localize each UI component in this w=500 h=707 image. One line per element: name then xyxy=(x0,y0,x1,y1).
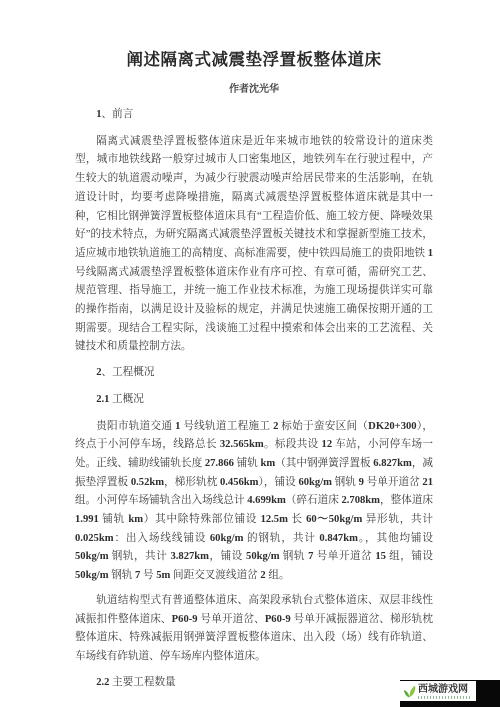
watermark-site-name: 西城游戏网 xyxy=(418,684,470,695)
section-heading: 1、前言 xyxy=(75,106,433,125)
document-title: 阐述隔离式减震垫浮置板整体道床 xyxy=(75,49,433,71)
watermark-text-column: 西城游戏网 xyxy=(418,684,470,699)
section-heading: 2.2 主要工程数量 xyxy=(75,674,433,693)
watermark-logo: 西城游戏网 xyxy=(400,681,476,701)
leaf-icon xyxy=(402,684,417,699)
paragraph: 隔离式减震垫浮置板整体道床是近年来城市地铁的较常设计的道床类型，城市地铁线路一般… xyxy=(75,133,433,357)
author-byline: 作者沈光华 xyxy=(75,84,433,96)
section-heading: 2.1 工概况 xyxy=(75,391,433,410)
watermark: 西城游戏网 xyxy=(400,680,500,707)
article-body: 1、前言隔离式减震垫浮置板整体道床是近年来城市地铁的较常设计的道床类型，城市地铁… xyxy=(75,106,433,692)
section-heading: 2、工程概况 xyxy=(75,364,433,383)
watermark-subtext-bar xyxy=(418,696,470,699)
paragraph: 轨道结构型式有普通整体道床、高架段承轨台式整体道床、双层非线性减振扣件整体道床、… xyxy=(75,592,433,667)
document-page: 阐述隔离式减震垫浮置板整体道床 作者沈光华 1、前言隔离式减震垫浮置板整体道床是… xyxy=(0,0,500,707)
paragraph: 贵阳市轨道交通 1 号线轨道工程施工 2 标始于蛮安区间（DK20+300），终… xyxy=(75,418,433,586)
